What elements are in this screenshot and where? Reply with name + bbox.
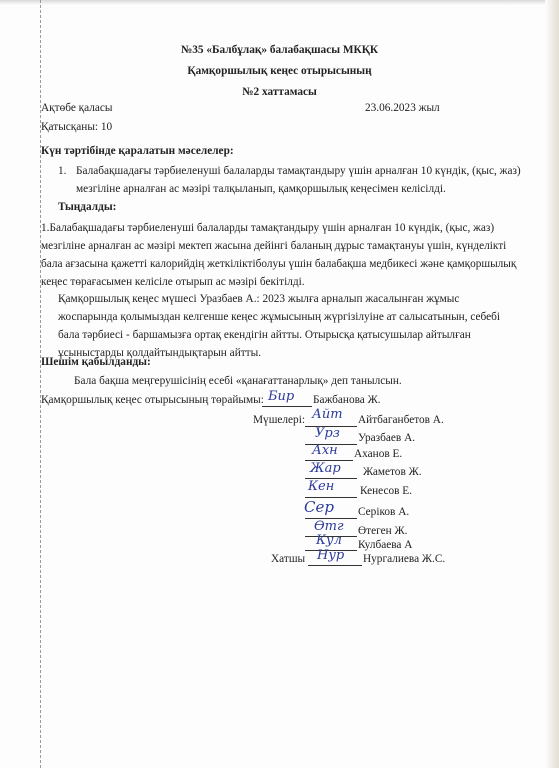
city: Ақтөбе қаласы [41, 103, 113, 114]
heard-heading: Тыңдалды: [58, 202, 116, 213]
member-signature: Урз [315, 427, 340, 440]
attendance: Қатысқаны: 10 [41, 122, 112, 133]
protocol-number: №2 хаттамасы [0, 87, 559, 98]
document-page: №35 «Балбұлақ» балабақшасы МКҚК Қамқоршы… [0, 0, 559, 768]
member-name: Жаметов Ж. [363, 467, 422, 478]
heard-paragraph-line: мезгіліне арналған ас мәзірі мектеп жасы… [41, 241, 506, 252]
chair-label: Қамқоршылық кеңес отырысының төрайымы: [41, 395, 264, 406]
page-right-edge [545, 0, 559, 768]
member-signature: Айт [312, 408, 343, 421]
page-top-edge [0, 0, 559, 5]
decision-text: Бала бақша меңгерушісінің есебі «қанағат… [74, 376, 402, 387]
agenda-heading: Күн тәртібінде қаралатын мәселелер: [41, 146, 234, 157]
chair-signature: Бир [268, 390, 294, 403]
heard-paragraph-line: бала ағзасына қажетті калорийдің жеткілі… [41, 259, 516, 270]
member-name: Уразбаев А. [358, 433, 415, 444]
heard-paragraph-line: кеңес төрағасымен келісіле отырып ас мәз… [41, 277, 305, 288]
decision-heading: Шешім қабылданды: [41, 357, 151, 368]
agenda-item-number: 1. [58, 166, 66, 177]
member-signature: Кен [308, 480, 334, 493]
member-name: Айтбаганбетов А. [358, 415, 444, 426]
date: 23.06.2023 жыл [365, 103, 440, 114]
chair-name: Бажбанова Ж. [313, 395, 381, 406]
member-signature: Өтг [314, 520, 344, 533]
member-name: Өтеген Ж. [358, 526, 407, 537]
member-name: Кулбаева А [358, 540, 412, 551]
speech-line: Қамқоршылық кеңес мүшесі Уразбаев А.: 20… [58, 294, 459, 305]
secretary-label: Хатшы [271, 554, 305, 565]
secretary-name: Нургалиева Ж.С. [363, 554, 445, 565]
signature-line [308, 565, 362, 566]
member-name: Кенесов Е. [360, 486, 412, 497]
heard-paragraph-line: 1.Балабақшадағы тәрбиеленуші балаларды т… [41, 223, 494, 234]
member-name: Аханов Е. [354, 449, 402, 460]
agenda-item-line: Балабақшадағы тәрбиеленуші балаларды там… [76, 166, 521, 177]
signature-line [262, 406, 312, 407]
member-name: Серіков А. [358, 507, 409, 518]
member-signature: Кул [316, 534, 342, 547]
secretary-signature: Нур [317, 549, 344, 562]
binding-margin-line [40, 0, 41, 768]
members-label: Мүшелері: [253, 415, 305, 426]
member-signature: Сер [304, 500, 334, 515]
member-signature: Ахн [312, 444, 338, 457]
org-title: №35 «Балбұлақ» балабақшасы МКҚК [0, 45, 559, 56]
speech-line: бала тәрбиесі - баршамызға ортақ екендіг… [58, 330, 471, 341]
speech-line: жоспарында қолымыздан келгенше кеңес жұм… [58, 312, 500, 323]
council-subtitle: Қамқоршылық кеңес отырысының [0, 66, 559, 77]
member-signature: Жар [310, 462, 341, 475]
agenda-item-line: мезгіліне арналған ас мәзірі талқыланып,… [76, 184, 446, 195]
